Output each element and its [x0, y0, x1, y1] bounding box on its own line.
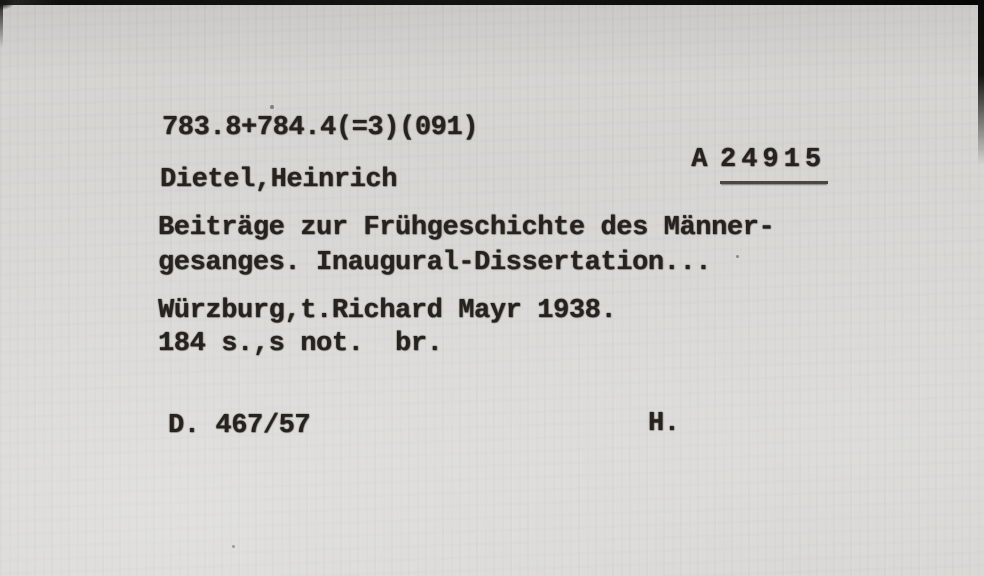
classification-number: 783.8+784.4(=3)(091)	[162, 112, 478, 144]
cataloguer-initial: H.	[648, 408, 680, 440]
scan-top-right-edge	[978, 0, 984, 165]
author-heading: Dietel,Heinrich	[160, 164, 397, 196]
imprint-line: Würzburg,t.Richard Mayr 1938.	[158, 295, 616, 327]
title-line-1: Beiträge zur Frühgeschichte des Männer-	[158, 212, 774, 244]
catalog-card-scan: 783.8+784.4(=3)(091) A24915 Dietel,Heinr…	[0, 0, 984, 576]
paper-speck	[270, 105, 274, 109]
collation-line: 184 s.,s not. br.	[158, 328, 442, 360]
accession-number: D. 467/57	[168, 410, 310, 442]
shelfmark-number: 24915	[720, 144, 828, 183]
paper-speck	[232, 545, 235, 548]
shelfmark: A24915	[628, 112, 828, 216]
paper-speck	[736, 255, 739, 258]
shelfmark-prefix: A	[691, 144, 707, 176]
scan-top-edge	[0, 0, 984, 5]
title-line-2: gesanges. Inaugural-Dissertation...	[158, 247, 711, 279]
scan-corner-mark	[0, 0, 16, 10]
